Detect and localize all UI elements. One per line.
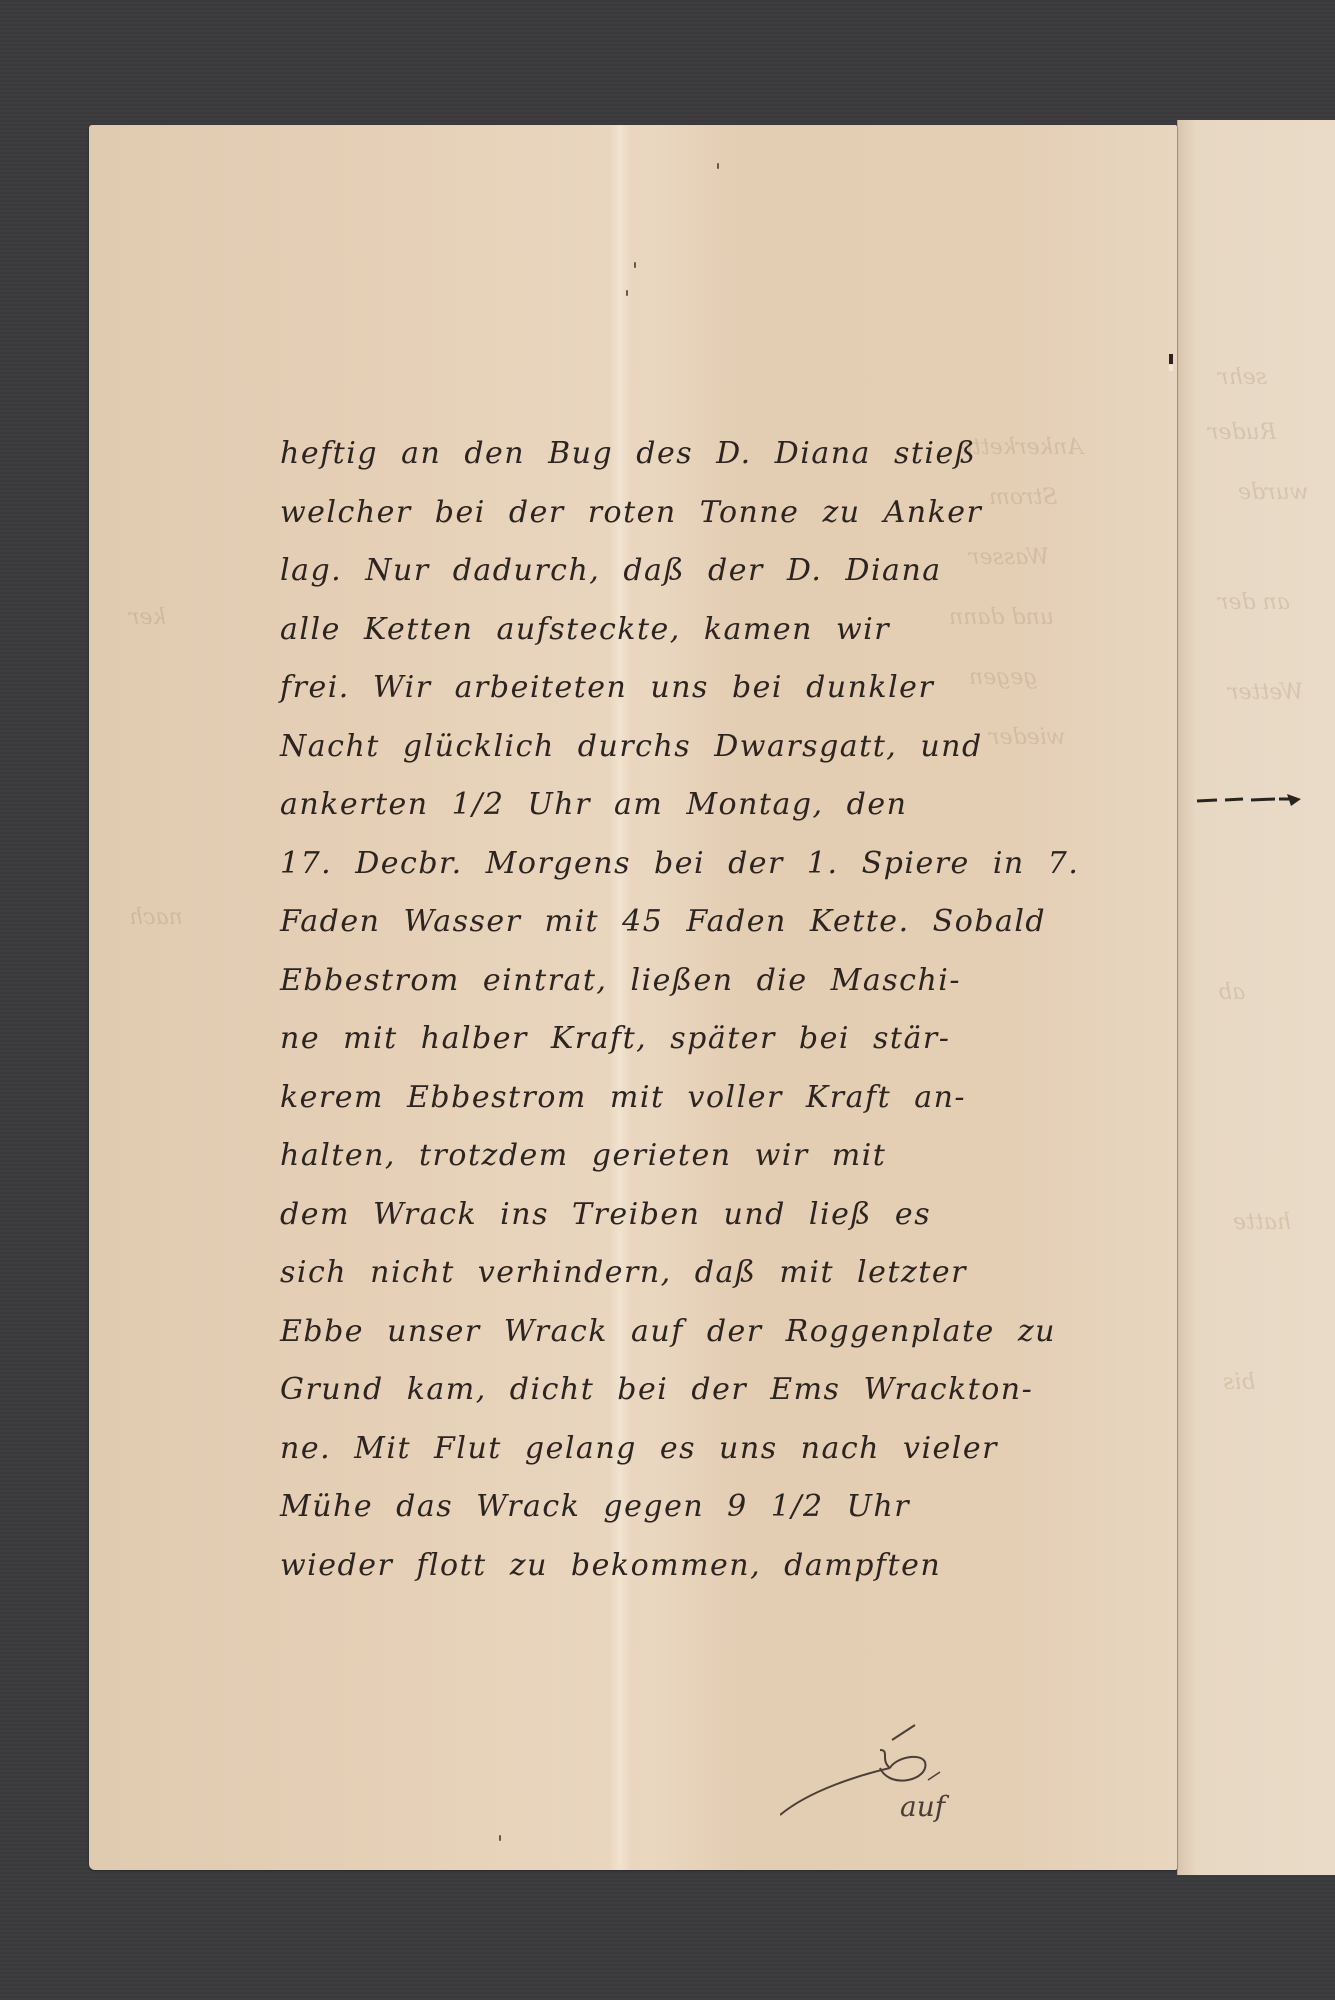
text-line: halten, trotzdem gerieten wir mit — [280, 1127, 1180, 1186]
text-line: Faden Wasser mit 45 Faden Kette. Sobald — [280, 893, 1180, 952]
adjacent-sheet: sehr Ruder wurde an der Wetter ab hatte … — [1177, 120, 1335, 1875]
text-line: ankerten 1/2 Uhr am Montag, den — [280, 776, 1180, 835]
bleed-through-text: ab — [1218, 980, 1245, 1005]
bleed-through-text: sehr — [1218, 365, 1267, 390]
bleed-through-text: Wetter — [1228, 680, 1303, 705]
paper-speck — [717, 163, 719, 169]
paper-speck — [499, 1835, 501, 1841]
bleed-through-text: an der — [1218, 590, 1290, 615]
bleed-through-text: ker — [129, 605, 166, 630]
text-line: frei. Wir arbeiteten uns bei dunkler — [280, 659, 1180, 718]
text-line: heftig an den Bug des D. Diana stieß — [280, 425, 1180, 484]
handwritten-text: heftig an den Bug des D. Diana stieß wel… — [280, 425, 1180, 1595]
flourish-icon — [780, 1720, 980, 1840]
text-line: sich nicht verhindern, daß mit letzter — [280, 1244, 1180, 1303]
text-line: Grund kam, dicht bei der Ems Wrackton- — [280, 1361, 1180, 1420]
paper-speck — [634, 262, 636, 268]
pin-hole-mark — [1167, 352, 1175, 374]
text-line: welcher bei der roten Tonne zu Anker — [280, 484, 1180, 543]
bleed-through-text: hatte — [1233, 1210, 1291, 1235]
catchword: auf — [780, 1720, 980, 1840]
bleed-through-text: Ruder — [1208, 420, 1276, 445]
text-line: ne. Mit Flut gelang es uns nach vieler — [280, 1420, 1180, 1479]
text-line: ne mit halber Kraft, später bei stär- — [280, 1010, 1180, 1069]
text-line: Mühe das Wrack gegen 9 1/2 Uhr — [280, 1478, 1180, 1537]
text-line: Ebbe unser Wrack auf der Roggenplate zu — [280, 1303, 1180, 1362]
margin-arrow-icon — [1195, 792, 1305, 808]
text-line: wieder flott zu bekommen, dampften — [280, 1537, 1180, 1596]
text-line: Nacht glücklich durchs Dwarsgatt, und — [280, 718, 1180, 777]
bleed-through-text: wurde — [1238, 480, 1309, 505]
text-line: alle Ketten aufsteckte, kamen wir — [280, 601, 1180, 660]
paper-speck — [626, 290, 628, 296]
bleed-through-text: bis — [1223, 1370, 1255, 1395]
text-line: kerem Ebbestrom mit voller Kraft an- — [280, 1069, 1180, 1128]
catchword-text: auf — [900, 1790, 945, 1823]
text-line: dem Wrack ins Treiben und ließ es — [280, 1186, 1180, 1245]
text-line: lag. Nur dadurch, daß der D. Diana — [280, 542, 1180, 601]
text-line: 17. Decbr. Morgens bei der 1. Spiere in … — [280, 835, 1180, 894]
text-line: Ebbestrom eintrat, ließen die Maschi- — [280, 952, 1180, 1011]
bleed-through-text: nach — [129, 905, 183, 930]
